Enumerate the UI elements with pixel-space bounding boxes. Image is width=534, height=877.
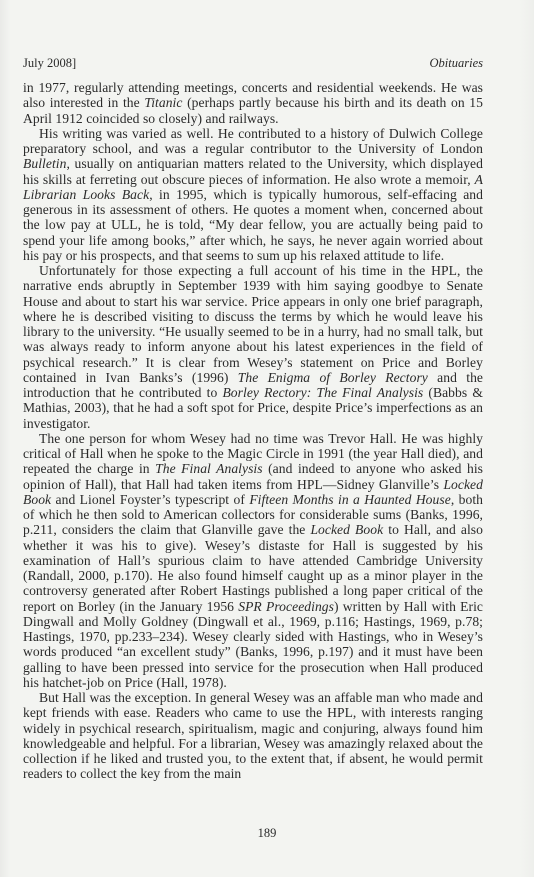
text-run: His writing was varied as well. He contr… bbox=[23, 126, 483, 156]
header-section-title: Obituaries bbox=[430, 56, 483, 71]
running-header: July 2008] Obituaries bbox=[23, 56, 483, 71]
paragraph: in 1977, regularly attending meetings, c… bbox=[23, 80, 483, 126]
text-run: , usually on antiquarian matters related… bbox=[23, 156, 483, 186]
body-text: in 1977, regularly attending meetings, c… bbox=[23, 80, 483, 782]
italic-title: Titanic bbox=[144, 95, 182, 110]
paragraph: His writing was varied as well. He contr… bbox=[23, 126, 483, 263]
text-run: Unfortunately for those expecting a full… bbox=[23, 263, 483, 385]
italic-title: Borley Rectory: The Final Analysis bbox=[222, 385, 423, 400]
italic-title: Bulletin bbox=[23, 156, 66, 171]
paragraph: The one person for whom Wesey had no tim… bbox=[23, 431, 483, 690]
text-run: and Lionel Foyster’s typescript of bbox=[51, 492, 249, 507]
italic-title: The Enigma of Borley Rectory bbox=[238, 370, 428, 385]
italic-title: Locked Book bbox=[310, 522, 383, 537]
page-number: 189 bbox=[0, 826, 534, 841]
italic-title: The Final Analysis bbox=[155, 461, 262, 476]
document-page: July 2008] Obituaries in 1977, regularly… bbox=[0, 0, 534, 877]
italic-title: Fifteen Months in a Haunted House bbox=[249, 492, 451, 507]
header-date: July 2008] bbox=[23, 56, 76, 71]
paragraph: Unfortunately for those expecting a full… bbox=[23, 263, 483, 431]
italic-title: SPR Proceedings bbox=[238, 599, 334, 614]
text-run: But Hall was the exception. In general W… bbox=[23, 690, 483, 781]
paragraph: But Hall was the exception. In general W… bbox=[23, 690, 483, 782]
